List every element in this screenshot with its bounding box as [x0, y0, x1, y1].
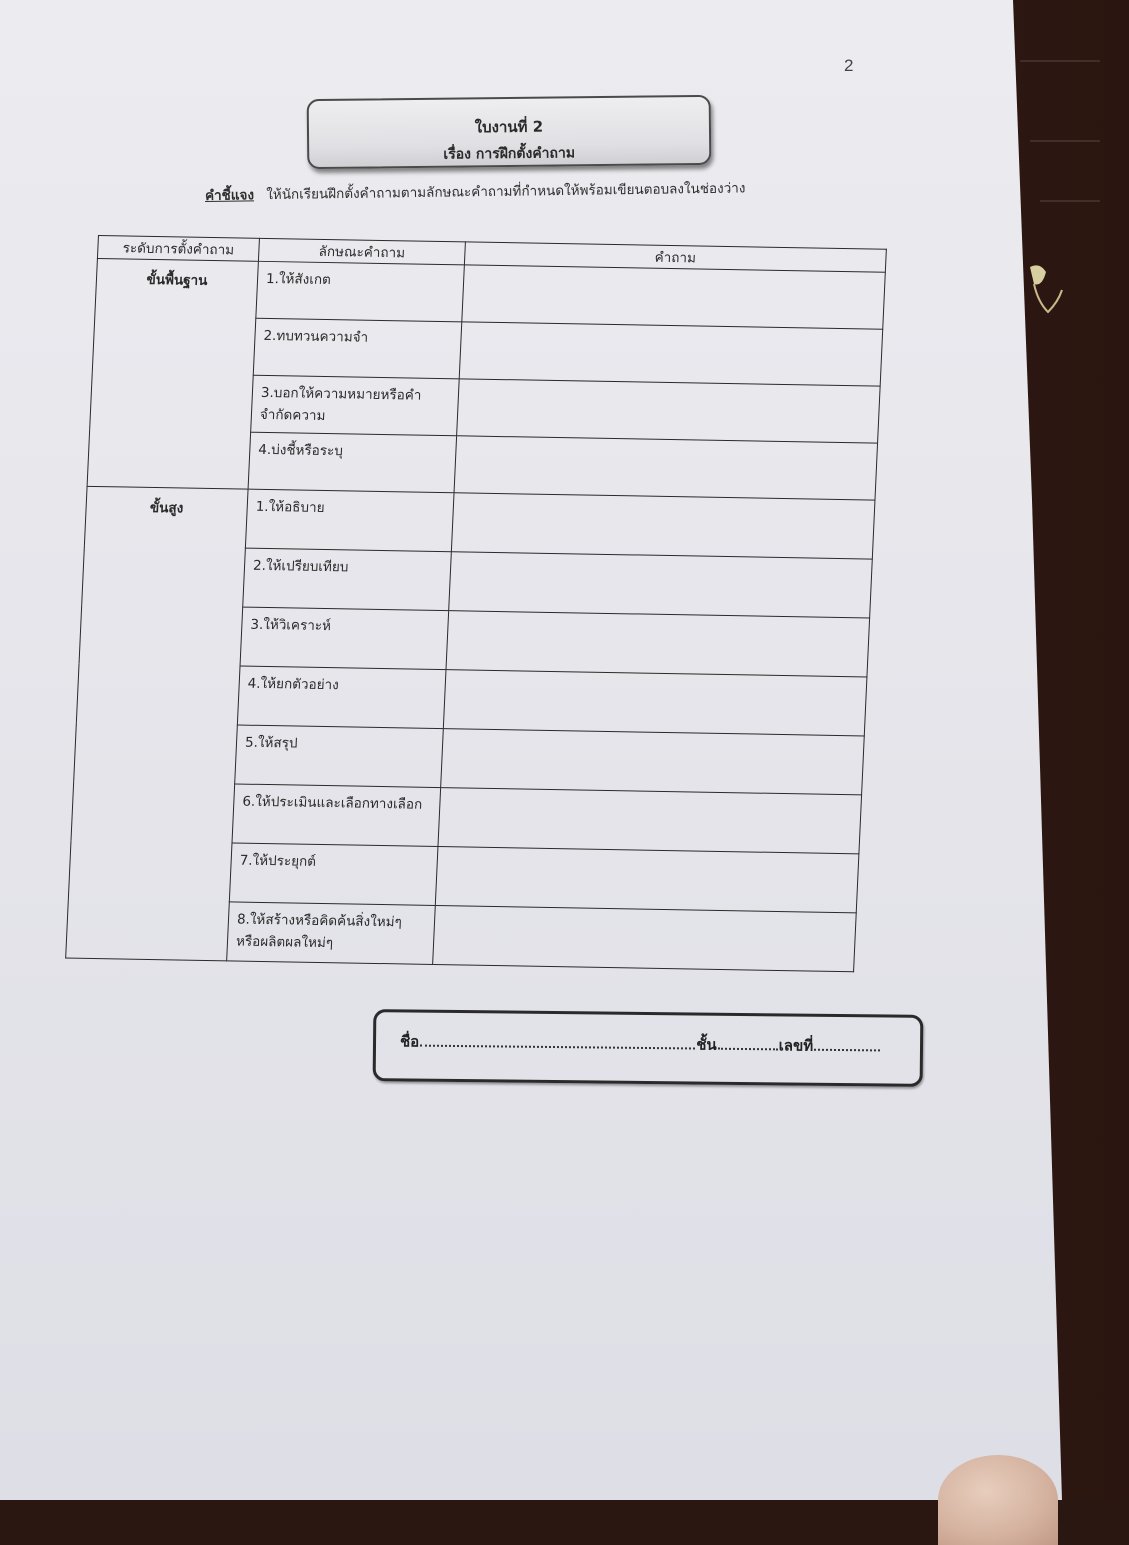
answer-cell[interactable]	[438, 788, 862, 854]
header-level: ระดับการตั้งคำถาม	[97, 236, 259, 262]
answer-cell[interactable]	[441, 729, 865, 795]
question-type-cell: 1.ให้สังเกต	[256, 261, 465, 322]
question-type-cell: 1.ให้อธิบาย	[245, 489, 454, 552]
name-label: ชื่อ	[400, 1029, 419, 1053]
table-row: ขั้นสูง 1.ให้อธิบาย	[84, 486, 875, 559]
question-type-cell: 2.ทบทวนความจำ	[253, 318, 462, 379]
answer-cell[interactable]	[433, 905, 857, 971]
page-number: 2	[844, 56, 853, 76]
student-info-line: ชื่อ ชั้น เลขที่	[400, 1029, 881, 1058]
answer-cell[interactable]	[435, 847, 859, 913]
instruction-label: คำชี้แจง	[205, 187, 254, 204]
worksheet-paper: 2 ใบงานที่ 2 เรื่อง การฝึกตั้งคำถาม คำชี…	[0, 0, 1129, 1500]
question-type-cell: 4.บ่งชี้หรือระบุ	[248, 432, 457, 493]
answer-cell[interactable]	[451, 493, 875, 559]
question-type-cell: 7.ให้ประยุกต์	[229, 843, 438, 906]
worksheet-title-box: ใบงานที่ 2 เรื่อง การฝึกตั้งคำถาม	[307, 95, 712, 169]
answer-cell[interactable]	[462, 265, 886, 329]
class-label: ชั้น	[696, 1033, 717, 1057]
question-type-cell: 3.ให้วิเคราะห์	[240, 607, 449, 670]
wood-grain	[1030, 140, 1100, 142]
question-table: ระดับการตั้งคำถาม ลักษณะคำถาม คำถาม ขั้น…	[65, 235, 887, 972]
question-table-wrapper: ระดับการตั้งคำถาม ลักษณะคำถาม คำถาม ขั้น…	[65, 235, 887, 972]
number-label: เลขที่	[779, 1033, 814, 1057]
question-type-cell: 8.ให้สร้างหรือคิดค้นสิ่งใหม่ๆหรือผลิตผลใ…	[227, 902, 436, 965]
question-type-cell: 5.ให้สรุป	[235, 725, 444, 788]
worksheet-title: ใบงานที่ 2	[309, 113, 709, 141]
worksheet-subtitle: เรื่อง การฝึกตั้งคำถาม	[309, 141, 709, 167]
question-type-cell: 2.ให้เปรียบเทียบ	[243, 548, 452, 611]
wood-grain	[1040, 200, 1100, 202]
level-basic: ขั้นพื้นฐาน	[87, 258, 258, 489]
answer-cell[interactable]	[446, 611, 870, 677]
answer-cell[interactable]	[459, 322, 883, 386]
question-type-cell: 3.บอกให้ความหมายหรือคำจำกัดความ	[251, 375, 460, 436]
level-advanced: ขั้นสูง	[66, 486, 248, 961]
number-field[interactable]	[814, 1035, 880, 1052]
class-field[interactable]	[718, 1034, 778, 1051]
answer-cell[interactable]	[443, 670, 867, 736]
answer-cell[interactable]	[457, 379, 881, 443]
instruction-text: ให้นักเรียนฝึกตั้งคำถามตามลักษณะคำถามที่…	[266, 180, 745, 203]
question-type-cell: 6.ให้ประเมินและเลือกทางเลือก	[232, 784, 441, 847]
answer-cell[interactable]	[454, 436, 878, 500]
student-info-box: ชื่อ ชั้น เลขที่	[373, 1009, 924, 1087]
answer-cell[interactable]	[449, 552, 873, 618]
instruction: คำชี้แจง ให้นักเรียนฝึกตั้งคำถามตามลักษณ…	[205, 176, 746, 206]
debris-on-table	[1028, 262, 1068, 332]
name-field[interactable]	[420, 1031, 695, 1050]
wood-grain	[1020, 60, 1100, 62]
question-type-cell: 4.ให้ยกตัวอย่าง	[237, 666, 446, 729]
